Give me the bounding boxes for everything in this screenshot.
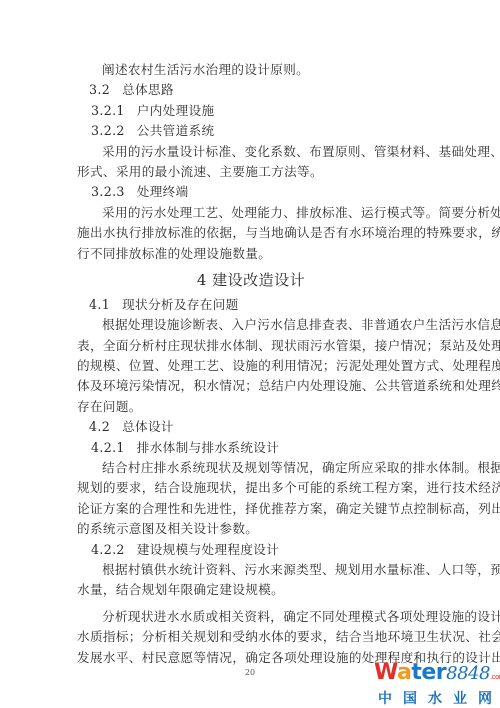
logo-domain: .com xyxy=(490,673,500,681)
chapter-title: 建设改造设计 xyxy=(212,271,305,289)
heading-3-2-2: 3.2.2公共管道系统 xyxy=(77,121,425,141)
logo-chinese-name: 中国水业网 xyxy=(374,690,498,708)
section-number: 3.2.3 xyxy=(91,182,125,202)
paragraph-line: 存在问题。 xyxy=(77,397,425,417)
paragraph-line: 根据处理设施诊断表、入户污水信息排查表、非普通农户生活污水信息排查 xyxy=(77,315,425,335)
paragraph-line: 体及环境污染情况，积水情况；总结户内处理设施、公共管道系统和处理终端的 xyxy=(77,376,425,396)
section-number: 4.2.1 xyxy=(91,438,125,458)
section-title: 处理终端 xyxy=(137,184,189,199)
paragraph-line: 的系统示意图及相关设计参数。 xyxy=(77,519,425,539)
paragraph-line: 表，全面分析村庄现状排水体制、现状雨污水管渠，接户情况；泵站及处理终端 xyxy=(77,336,425,356)
text: 采用的污水处理工艺、处理能力、排放标准、运行模式等。简要分析处理设 xyxy=(102,205,500,220)
text: 的规模、位置、处理工艺、设施的利用情况；污泥处理处置方式、处理程度，水 xyxy=(77,358,500,373)
text: 规划的要求，结合设施现状，提出多个可能的系统工程方案，进行技术经济比较， xyxy=(77,480,500,495)
section-title: 户内处理设施 xyxy=(137,103,215,118)
heading-4-2: 4.2总体设计 xyxy=(77,417,425,437)
section-title: 现状分析及存在问题 xyxy=(122,297,239,312)
paragraph-line: 水质指标；分析相关规划和受纳水体的要求，结合当地环境卫生状况、社会经济 xyxy=(77,627,425,647)
section-number: 4.2 xyxy=(89,417,110,437)
text: 采用的污水量设计标准、变化系数、布置原则、管渠材料、基础处理、接口 xyxy=(102,144,500,159)
section-number: 3.2.1 xyxy=(91,101,125,121)
paragraph-line: 发展水平、村民意愿等情况，确定各项处理设施的处理程度和执行的设计出水水 xyxy=(77,648,425,668)
paragraph-line: 行不同排放标准的处理设施数量。 xyxy=(77,244,425,264)
text: 表，全面分析村庄现状排水体制、现状雨污水管渠，接户情况；泵站及处理终端 xyxy=(77,338,500,353)
paragraph-line: 采用的污水量设计标准、变化系数、布置原则、管渠材料、基础处理、接口 xyxy=(77,142,425,162)
logo-a: a xyxy=(397,660,411,685)
logo-ter: ter xyxy=(411,660,446,685)
paragraph-line: 的规模、位置、处理工艺、设施的利用情况；污泥处理处置方式、处理程度，水 xyxy=(77,356,425,376)
paragraph-line: 阐述农村生活污水治理的设计原则。 xyxy=(77,60,425,80)
section-number: 4.1 xyxy=(89,295,110,315)
paragraph-line: 结合村庄排水系统现状及规划等情况，确定所应采取的排水体制。根据相关 xyxy=(77,458,425,478)
watermark-logo: Water8848.com 中国水业网 xyxy=(374,662,498,706)
text: 体及环境污染情况，积水情况；总结户内处理设施、公共管道系统和处理终端的 xyxy=(77,378,500,393)
section-title: 总体设计 xyxy=(122,419,174,434)
text: 分析现状进水水质或相关资料，确定不同处理模式各项处理设施的设计进水 xyxy=(102,609,500,624)
document-page: 阐述农村生活污水治理的设计原则。 3.2总体思路 3.2.1户内处理设施 3.2… xyxy=(77,60,425,668)
paragraph-line: 分析现状进水水质或相关资料，确定不同处理模式各项处理设施的设计进水 xyxy=(77,607,425,627)
logo-number: 8848 xyxy=(446,663,490,684)
text: 水量，结合规划年限确定建设规模。 xyxy=(77,582,284,597)
section-title: 建设规模与处理程度设计 xyxy=(137,542,279,557)
logo-w: W xyxy=(374,660,397,685)
text: 结合村庄排水系统现状及规划等情况，确定所应采取的排水体制。根据相关 xyxy=(102,460,500,475)
chapter-heading: 4 建设改造设计 xyxy=(77,265,425,295)
section-title: 公共管道系统 xyxy=(137,123,215,138)
text: 施出水执行排放标准的依据，与当地确认是否有水环境治理的特殊要求，统计执 xyxy=(77,225,500,240)
heading-3-2-1: 3.2.1户内处理设施 xyxy=(77,101,425,121)
text: 水质指标；分析相关规划和受纳水体的要求，结合当地环境卫生状况、社会经济 xyxy=(77,629,500,644)
section-title: 总体思路 xyxy=(122,82,174,97)
logo-wordmark: Water8848.com xyxy=(374,662,498,688)
paragraph-line: 根据村镇供水统计资料、污水来源类型、规划用水量标准、人口等，预测污 xyxy=(77,560,425,580)
section-title: 排水体制与排水系统设计 xyxy=(137,440,279,455)
text: 存在问题。 xyxy=(77,399,142,414)
text: 行不同排放标准的处理设施数量。 xyxy=(77,246,271,261)
section-number: 3.2 xyxy=(89,80,110,100)
paragraph-line: 水量，结合规划年限确定建设规模。 xyxy=(77,580,425,600)
heading-3-2-3: 3.2.3处理终端 xyxy=(77,182,425,202)
paragraph-line: 施出水执行排放标准的依据，与当地确认是否有水环境治理的特殊要求，统计执 xyxy=(77,223,425,243)
chapter-number: 4 xyxy=(197,271,207,289)
paragraph-line: 采用的污水处理工艺、处理能力、排放标准、运行模式等。简要分析处理设 xyxy=(77,203,425,223)
section-number: 3.2.2 xyxy=(91,121,125,141)
text: 根据处理设施诊断表、入户污水信息排查表、非普通农户生活污水信息排查 xyxy=(102,317,500,332)
paragraph-line: 形式、采用的最小流速、主要施工方法等。 xyxy=(77,162,425,182)
paragraph-line: 规划的要求，结合设施现状，提出多个可能的系统工程方案，进行技术经济比较， xyxy=(77,478,425,498)
text: 形式、采用的最小流速、主要施工方法等。 xyxy=(77,164,323,179)
text: 的系统示意图及相关设计参数。 xyxy=(77,521,258,536)
section-number: 4.2.2 xyxy=(91,540,125,560)
text: 根据村镇供水统计资料、污水来源类型、规划用水量标准、人口等，预测污 xyxy=(102,562,500,577)
text: 阐述农村生活污水治理的设计原则。 xyxy=(102,62,309,77)
text: 论证方案的合理性和先进性，择优推荐方案，确定关键节点控制标高，列出方案 xyxy=(77,501,500,516)
heading-4-2-1: 4.2.1排水体制与排水系统设计 xyxy=(77,438,425,458)
paragraph-line: 论证方案的合理性和先进性，择优推荐方案，确定关键节点控制标高，列出方案 xyxy=(77,499,425,519)
heading-4-1: 4.1现状分析及存在问题 xyxy=(77,295,425,315)
heading-3-2: 3.2总体思路 xyxy=(77,80,425,100)
heading-4-2-2: 4.2.2建设规模与处理程度设计 xyxy=(77,540,425,560)
